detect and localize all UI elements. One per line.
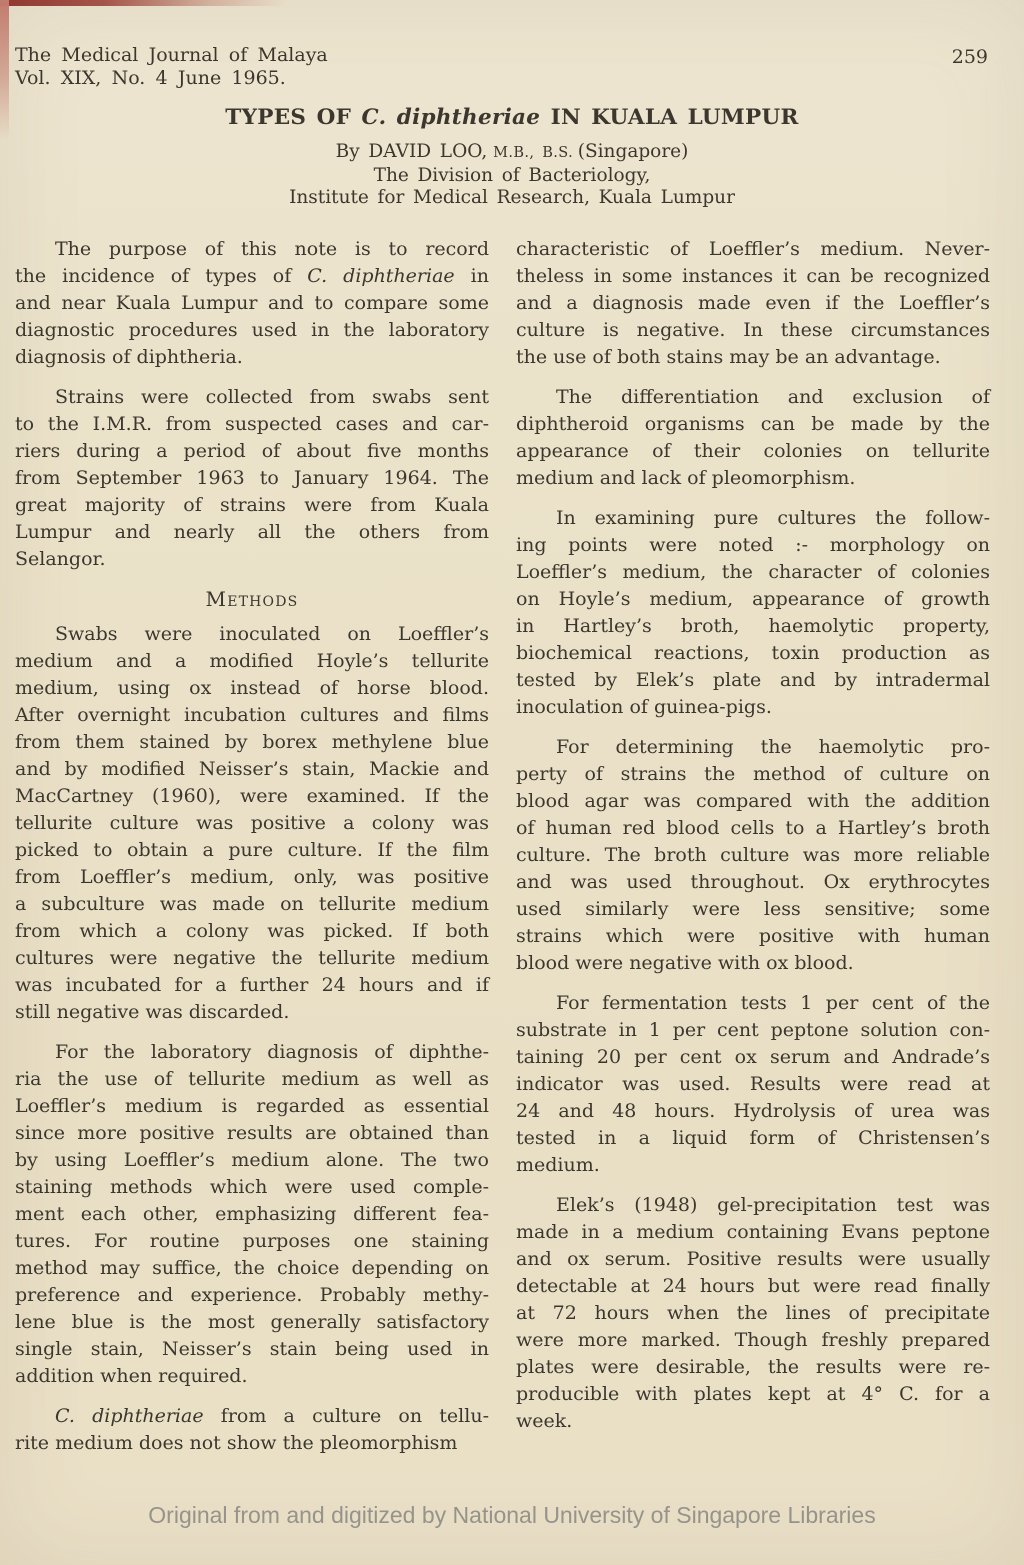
text-line: 24 and 48 hours. Hydrolysis of urea was: [516, 1098, 990, 1125]
text-line: MacCartney (1960), were examined. If the: [15, 783, 489, 810]
text-line: perty of strains the method of culture o…: [516, 761, 990, 788]
text-line: substrate in 1 per cent peptone solution…: [516, 1017, 990, 1044]
text-line: blood were negative with ox blood.: [516, 950, 990, 977]
text-line: on Hoyle’s medium, appearance of growth: [516, 586, 990, 613]
byline-degrees: M.B., B.S.: [493, 145, 573, 161]
article-title: TYPES OF C. diphtheriae IN KUALA LUMPUR: [0, 105, 1024, 130]
article-title-post: IN KUALA LUMPUR: [540, 105, 798, 130]
paragraph: The purpose of this note is to recordthe…: [15, 236, 489, 371]
text-line: great majority of strains were from Kual…: [15, 492, 489, 519]
text-line: lene blue is the most generally satisfac…: [15, 1309, 489, 1336]
text-line: riers during a period of about five mont…: [15, 438, 489, 465]
text-line: Swabs were inoculated on Loeffler’s: [15, 621, 489, 648]
text-line: in Hartley’s broth, haemolytic property,: [516, 613, 990, 640]
text-line: biochemical reactions, toxin production …: [516, 640, 990, 667]
text-line: producible with plates kept at 4° C. for…: [516, 1381, 990, 1408]
text-line: medium and lack of pleomorphism.: [516, 465, 990, 492]
paragraph: For fermentation tests 1 per cent of the…: [516, 990, 990, 1179]
text-line: cultures were negative the tellurite med…: [15, 945, 489, 972]
text-line: addition when required.: [15, 1363, 489, 1390]
text-line: Strains were collected from swabs sent: [15, 384, 489, 411]
text-line: appearance of their colonies on tellurit…: [516, 438, 990, 465]
text-line: tellurite culture was positive a colony …: [15, 810, 489, 837]
text-line: The differentiation and exclusion of: [516, 384, 990, 411]
text-line: For determining the haemolytic pro-: [516, 734, 990, 761]
text-line: used similarly were less sensitive; some: [516, 896, 990, 923]
text-line: diagnosis of diphtheria.: [15, 344, 489, 371]
text-line: staining methods which were used comple-: [15, 1174, 489, 1201]
page-number: 259: [952, 46, 988, 68]
text-line: culture. The broth culture was more reli…: [516, 842, 990, 869]
text-line: Lumpur and nearly all the others from: [15, 519, 489, 546]
text-line: since more positive results are obtained…: [15, 1120, 489, 1147]
right-column: characteristic of Loeffler’s medium. Nev…: [516, 236, 990, 1457]
text-line: from Loeffler’s medium, only, was positi…: [15, 864, 489, 891]
text-line: Loeffler’s medium, the character of colo…: [516, 559, 990, 586]
text-line: the use of both stains may be an advanta…: [516, 344, 990, 371]
text-line: inoculation of guinea-pigs.: [516, 694, 990, 721]
text-line: rite medium does not show the pleomorphi…: [15, 1430, 489, 1457]
text-line: The purpose of this note is to record: [15, 236, 489, 263]
journal-volume-issue: Vol. XIX, No. 4 June 1965.: [15, 67, 328, 90]
scanned-journal-page: { "colors": { "paper": "#ebe2ca", "ink":…: [0, 0, 1024, 1565]
left-column: The purpose of this note is to recordthe…: [15, 236, 489, 1457]
text-line: picked to obtain a pure culture. If the …: [15, 837, 489, 864]
paragraph: characteristic of Loeffler’s medium. Nev…: [516, 236, 990, 371]
text-line: C. diphtheriae from a culture on tellu-: [15, 1403, 489, 1430]
text-line: single stain, Neisser’s stain being used…: [15, 1336, 489, 1363]
text-line: of human red blood cells to a Hartley’s …: [516, 815, 990, 842]
text-line: tested by Elek’s plate and by intraderma…: [516, 667, 990, 694]
paragraph: C. diphtheriae from a culture on tellu-r…: [15, 1403, 489, 1457]
article-title-pre: TYPES OF: [225, 105, 361, 130]
text-line: and by modified Neisser’s stain, Mackie …: [15, 756, 489, 783]
byline-author: By DAVID LOO,: [336, 141, 488, 162]
text-line: detectable at 24 hours but were read fin…: [516, 1273, 990, 1300]
text-line: was incubated for a further 24 hours and…: [15, 972, 489, 999]
text-line: from September 1963 to January 1964. The: [15, 465, 489, 492]
text-line: from which a colony was picked. If both: [15, 918, 489, 945]
text-line: the incidence of types of C. diphtheriae…: [15, 263, 489, 290]
journal-title: The Medical Journal of Malaya: [15, 44, 328, 67]
text-line: still negative was discarded.: [15, 999, 489, 1026]
text-line: culture is negative. In these circumstan…: [516, 317, 990, 344]
text-line: and a diagnosis made even if the Loeffle…: [516, 290, 990, 317]
text-line: medium and a modified Hoyle’s tellurite: [15, 648, 489, 675]
paragraph: The differentiation and exclusion ofdiph…: [516, 384, 990, 492]
text-line: and near Kuala Lumpur and to compare som…: [15, 290, 489, 317]
text-line: tures. For routine purposes one staining: [15, 1228, 489, 1255]
text-line: characteristic of Loeffler’s medium. Nev…: [516, 236, 990, 263]
text-line: ing points were noted :- morphology on: [516, 532, 990, 559]
paragraph: In examining pure cultures the follow-in…: [516, 505, 990, 721]
text-line: medium, using ox instead of horse blood.: [15, 675, 489, 702]
journal-masthead: The Medical Journal of Malaya Vol. XIX, …: [15, 44, 328, 90]
scan-edge-artifact-top: [0, 0, 298, 6]
text-line: a subculture was made on tellurite mediu…: [15, 891, 489, 918]
text-line: Loeffler’s medium is regarded as essenti…: [15, 1093, 489, 1120]
paragraph: Strains were collected from swabs sentto…: [15, 384, 489, 573]
byline-origin: (Singapore): [578, 141, 689, 162]
author-byline: By DAVID LOO,M.B., B.S.(Singapore): [0, 141, 1024, 162]
text-line: indicator was used. Results were read at: [516, 1071, 990, 1098]
text-line: medium.: [516, 1152, 990, 1179]
text-line: diagnostic procedures used in the labora…: [15, 317, 489, 344]
text-line: made in a medium containing Evans pepton…: [516, 1219, 990, 1246]
text-line: week.: [516, 1408, 990, 1435]
text-line: taining 20 per cent ox serum and Andrade…: [516, 1044, 990, 1071]
text-line: to the I.M.R. from suspected cases and c…: [15, 411, 489, 438]
text-line: strains which were positive with human: [516, 923, 990, 950]
text-line: ria the use of tellurite medium as well …: [15, 1066, 489, 1093]
paragraph: Elek’s (1948) gel-precipitation test was…: [516, 1192, 990, 1435]
article-title-species: C. diphtheriae: [362, 105, 541, 130]
text-line: For fermentation tests 1 per cent of the: [516, 990, 990, 1017]
paragraph: Swabs were inoculated on Loeffler’smediu…: [15, 621, 489, 1026]
text-line: method may suffice, the choice depending…: [15, 1255, 489, 1282]
text-line: preference and experience. Probably meth…: [15, 1282, 489, 1309]
paragraph: For the laboratory diagnosis of diphthe-…: [15, 1039, 489, 1390]
text-line: ment each other, emphasizing different f…: [15, 1201, 489, 1228]
text-line: For the laboratory diagnosis of diphthe-: [15, 1039, 489, 1066]
section-heading: Methods: [15, 586, 489, 613]
text-line: After overnight incubation cultures and …: [15, 702, 489, 729]
text-line: at 72 hours when the lines of precipitat…: [516, 1300, 990, 1327]
text-line: diphtheroid organisms can be made by the: [516, 411, 990, 438]
affiliation-institute: Institute for Medical Research, Kuala Lu…: [0, 187, 1024, 209]
two-column-body: The purpose of this note is to recordthe…: [15, 236, 991, 1457]
text-line: blood agar was compared with the additio…: [516, 788, 990, 815]
text-line: and was used throughout. Ox erythrocytes: [516, 869, 990, 896]
text-line: Selangor.: [15, 546, 489, 573]
text-line: theless in some instances it can be reco…: [516, 263, 990, 290]
text-line: and ox serum. Positive results were usua…: [516, 1246, 990, 1273]
text-line: were more marked. Though freshly prepare…: [516, 1327, 990, 1354]
text-line: In examining pure cultures the follow-: [516, 505, 990, 532]
text-line: Elek’s (1948) gel-precipitation test was: [516, 1192, 990, 1219]
text-line: tested in a liquid form of Christensen’s: [516, 1125, 990, 1152]
article-header: TYPES OF C. diphtheriae IN KUALA LUMPUR …: [0, 105, 1024, 209]
paragraph: For determining the haemolytic pro-perty…: [516, 734, 990, 977]
digitization-watermark: Original from and digitized by National …: [0, 1502, 1024, 1529]
text-line: by using Loeffler’s medium alone. The tw…: [15, 1147, 489, 1174]
text-line: plates were desirable, the results were …: [516, 1354, 990, 1381]
affiliation-division: The Division of Bacteriology,: [0, 165, 1024, 187]
text-line: from them stained by borex methylene blu…: [15, 729, 489, 756]
